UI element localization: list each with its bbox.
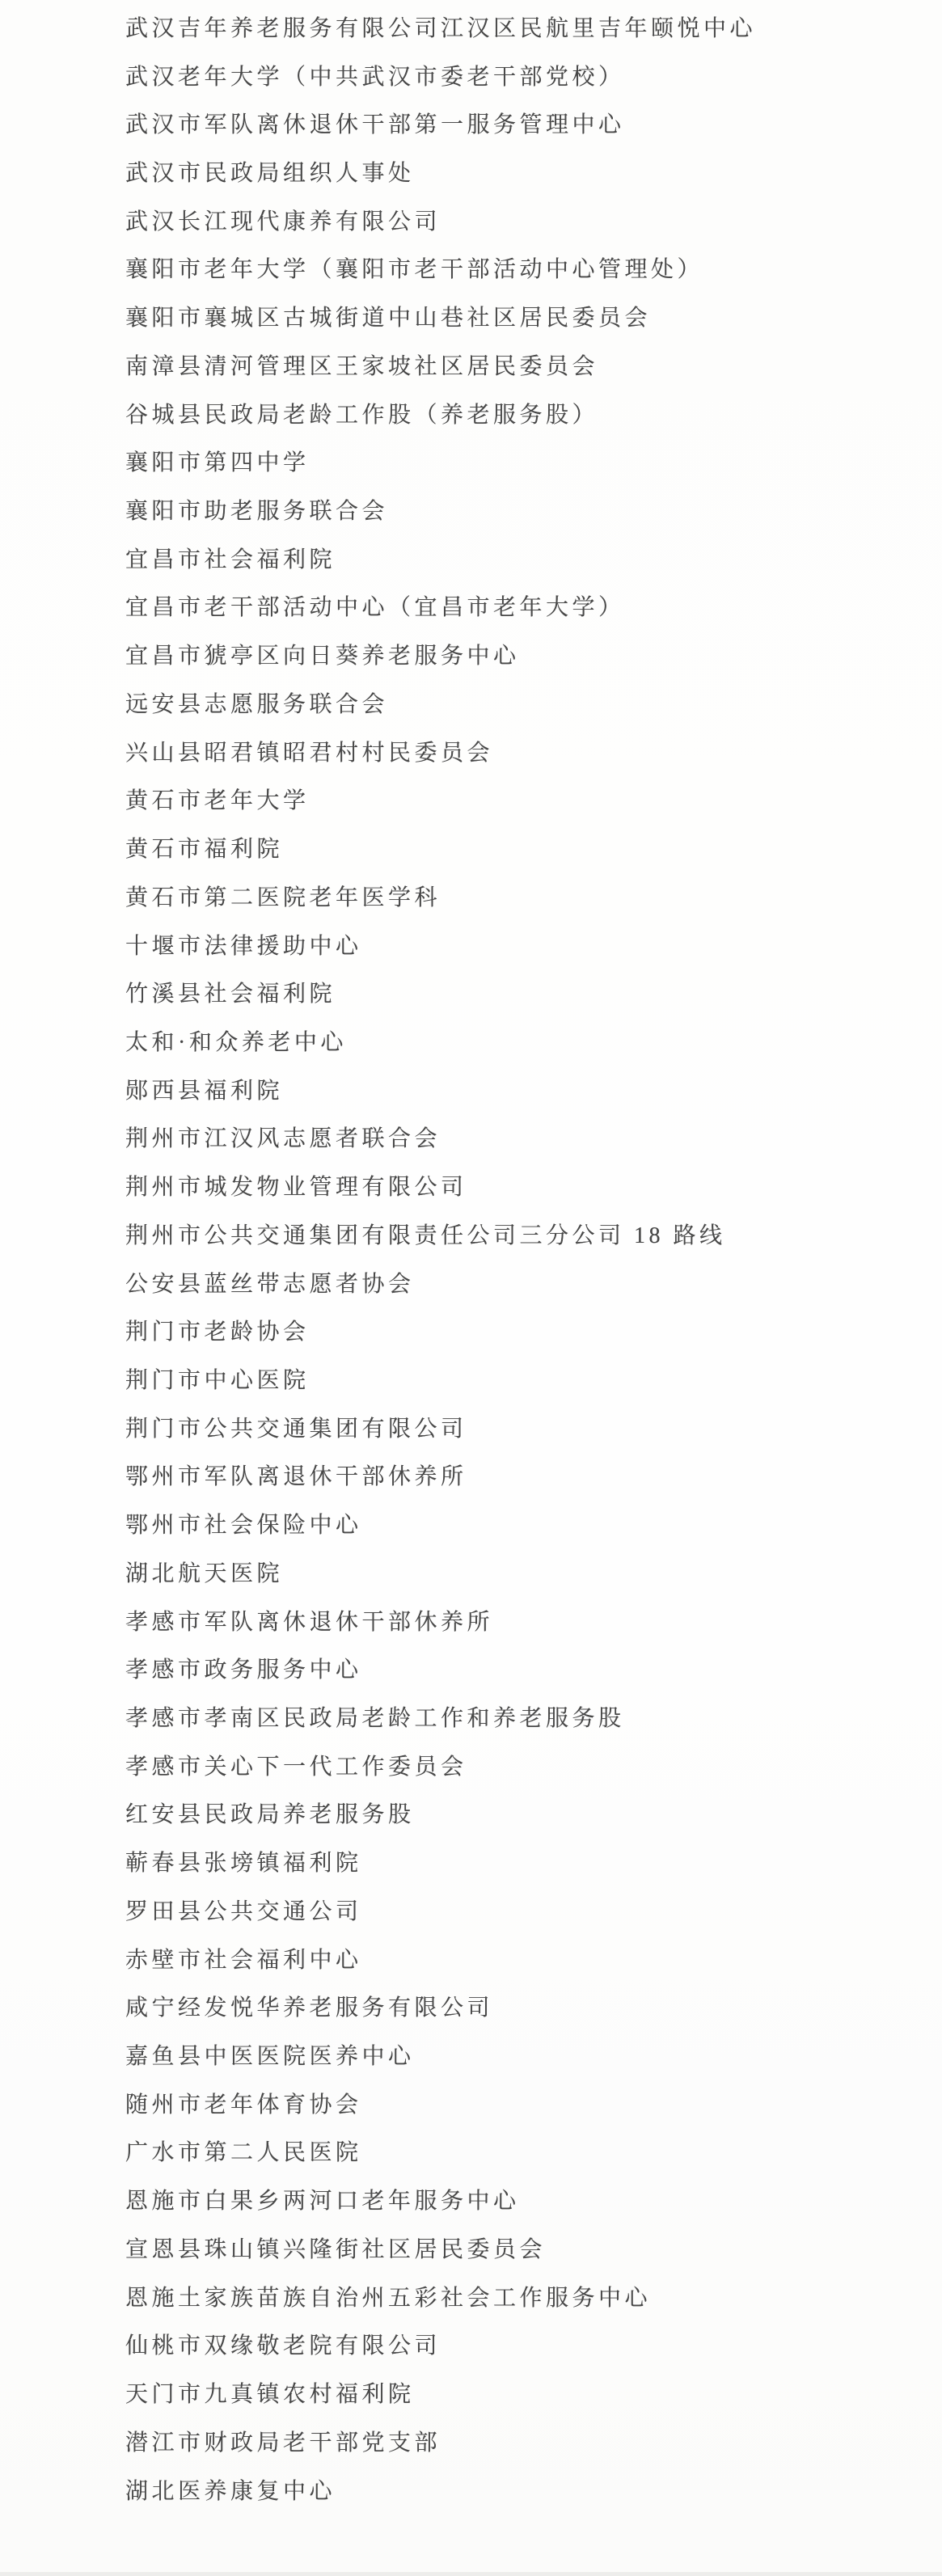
org-name-line: 罗田县公共交通公司 xyxy=(125,1886,942,1934)
org-name-line: 襄阳市助老服务联合会 xyxy=(125,485,942,534)
org-name-line: 鄂州市军队离退休干部休养所 xyxy=(125,1451,942,1500)
org-name-line: 荆州市公共交通集团有限责任公司三分公司 18 路线 xyxy=(125,1210,942,1258)
org-name-line: 荆州市城发物业管理有限公司 xyxy=(125,1161,942,1210)
org-name-line: 荆州市江汉风志愿者联合会 xyxy=(125,1113,942,1162)
document-page: 武汉吉年养老服务有限公司江汉区民航里吉年颐悦中心武汉老年大学（中共武汉市委老干部… xyxy=(0,0,942,2576)
org-name-line: 黄石市第二医院老年医学科 xyxy=(125,872,942,920)
org-name-line: 广水市第二人民医院 xyxy=(125,2127,942,2176)
org-name-line: 孝感市孝南区民政局老龄工作和养老服务股 xyxy=(125,1692,942,1741)
org-name-line: 十堰市法律援助中心 xyxy=(125,920,942,969)
org-name-line: 嘉鱼县中医医院医养中心 xyxy=(125,2030,942,2079)
org-name-line: 仙桃市双缘敬老院有限公司 xyxy=(125,2321,942,2369)
org-name-line: 宜昌市老干部活动中心（宜昌市老年大学） xyxy=(125,582,942,631)
org-name-line: 武汉长江现代康养有限公司 xyxy=(125,196,942,244)
org-name-line: 鄂州市社会保险中心 xyxy=(125,1499,942,1548)
org-name-line: 潜江市财政局老干部党支部 xyxy=(125,2417,942,2465)
org-name-line: 荆门市中心医院 xyxy=(125,1354,942,1403)
org-name-line: 荆门市公共交通集团有限公司 xyxy=(125,1403,942,1451)
org-name-line: 太和·和众养老中心 xyxy=(125,1016,942,1065)
org-name-line: 南漳县清河管理区王家坡社区居民委员会 xyxy=(125,340,942,389)
org-name-line: 黄石市福利院 xyxy=(125,823,942,872)
org-name-line: 武汉老年大学（中共武汉市委老干部党校） xyxy=(125,51,942,99)
org-name-line: 武汉市军队离休退休干部第一服务管理中心 xyxy=(125,99,942,147)
org-name-line: 荆门市老龄协会 xyxy=(125,1306,942,1354)
org-name-line: 武汉市民政局组织人事处 xyxy=(125,147,942,196)
org-name-line: 湖北医养康复中心 xyxy=(125,2465,942,2514)
org-name-line: 孝感市军队离休退休干部休养所 xyxy=(125,1596,942,1645)
org-name-line: 宜昌市社会福利院 xyxy=(125,534,942,582)
org-name-line: 远安县志愿服务联合会 xyxy=(125,678,942,727)
org-name-line: 谷城县民政局老龄工作股（养老服务股） xyxy=(125,389,942,437)
org-name-line: 孝感市政务服务中心 xyxy=(125,1644,942,1692)
org-name-line: 宜昌市猇亭区向日葵养老服务中心 xyxy=(125,630,942,678)
org-name-line: 蕲春县张塝镇福利院 xyxy=(125,1837,942,1886)
org-name-line: 竹溪县社会福利院 xyxy=(125,968,942,1016)
org-name-line: 武汉吉年养老服务有限公司江汉区民航里吉年颐悦中心 xyxy=(125,2,942,51)
org-name-line: 天门市九真镇农村福利院 xyxy=(125,2368,942,2417)
org-name-line: 赤壁市社会福利中心 xyxy=(125,1934,942,1983)
org-name-line: 恩施市白果乡两河口老年服务中心 xyxy=(125,2175,942,2223)
org-name-line: 公安县蓝丝带志愿者协会 xyxy=(125,1258,942,1307)
org-name-list: 武汉吉年养老服务有限公司江汉区民航里吉年颐悦中心武汉老年大学（中共武汉市委老干部… xyxy=(125,2,942,2513)
org-name-line: 襄阳市襄城区古城街道中山巷社区居民委员会 xyxy=(125,292,942,340)
org-name-line: 襄阳市第四中学 xyxy=(125,437,942,485)
org-name-line: 郧西县福利院 xyxy=(125,1065,942,1113)
org-name-line: 黄石市老年大学 xyxy=(125,775,942,824)
org-name-line: 咸宁经发悦华养老服务有限公司 xyxy=(125,1982,942,2030)
org-name-line: 宣恩县珠山镇兴隆街社区居民委员会 xyxy=(125,2223,942,2272)
org-name-line: 孝感市关心下一代工作委员会 xyxy=(125,1741,942,1789)
org-name-line: 湖北航天医院 xyxy=(125,1548,942,1596)
org-name-line: 兴山县昭君镇昭君村村民委员会 xyxy=(125,727,942,775)
page-bottom-edge xyxy=(0,2572,942,2576)
org-name-line: 随州市老年体育协会 xyxy=(125,2079,942,2127)
org-name-line: 恩施土家族苗族自治州五彩社会工作服务中心 xyxy=(125,2272,942,2321)
org-name-line: 红安县民政局养老服务股 xyxy=(125,1789,942,1838)
org-name-line: 襄阳市老年大学（襄阳市老干部活动中心管理处） xyxy=(125,244,942,293)
